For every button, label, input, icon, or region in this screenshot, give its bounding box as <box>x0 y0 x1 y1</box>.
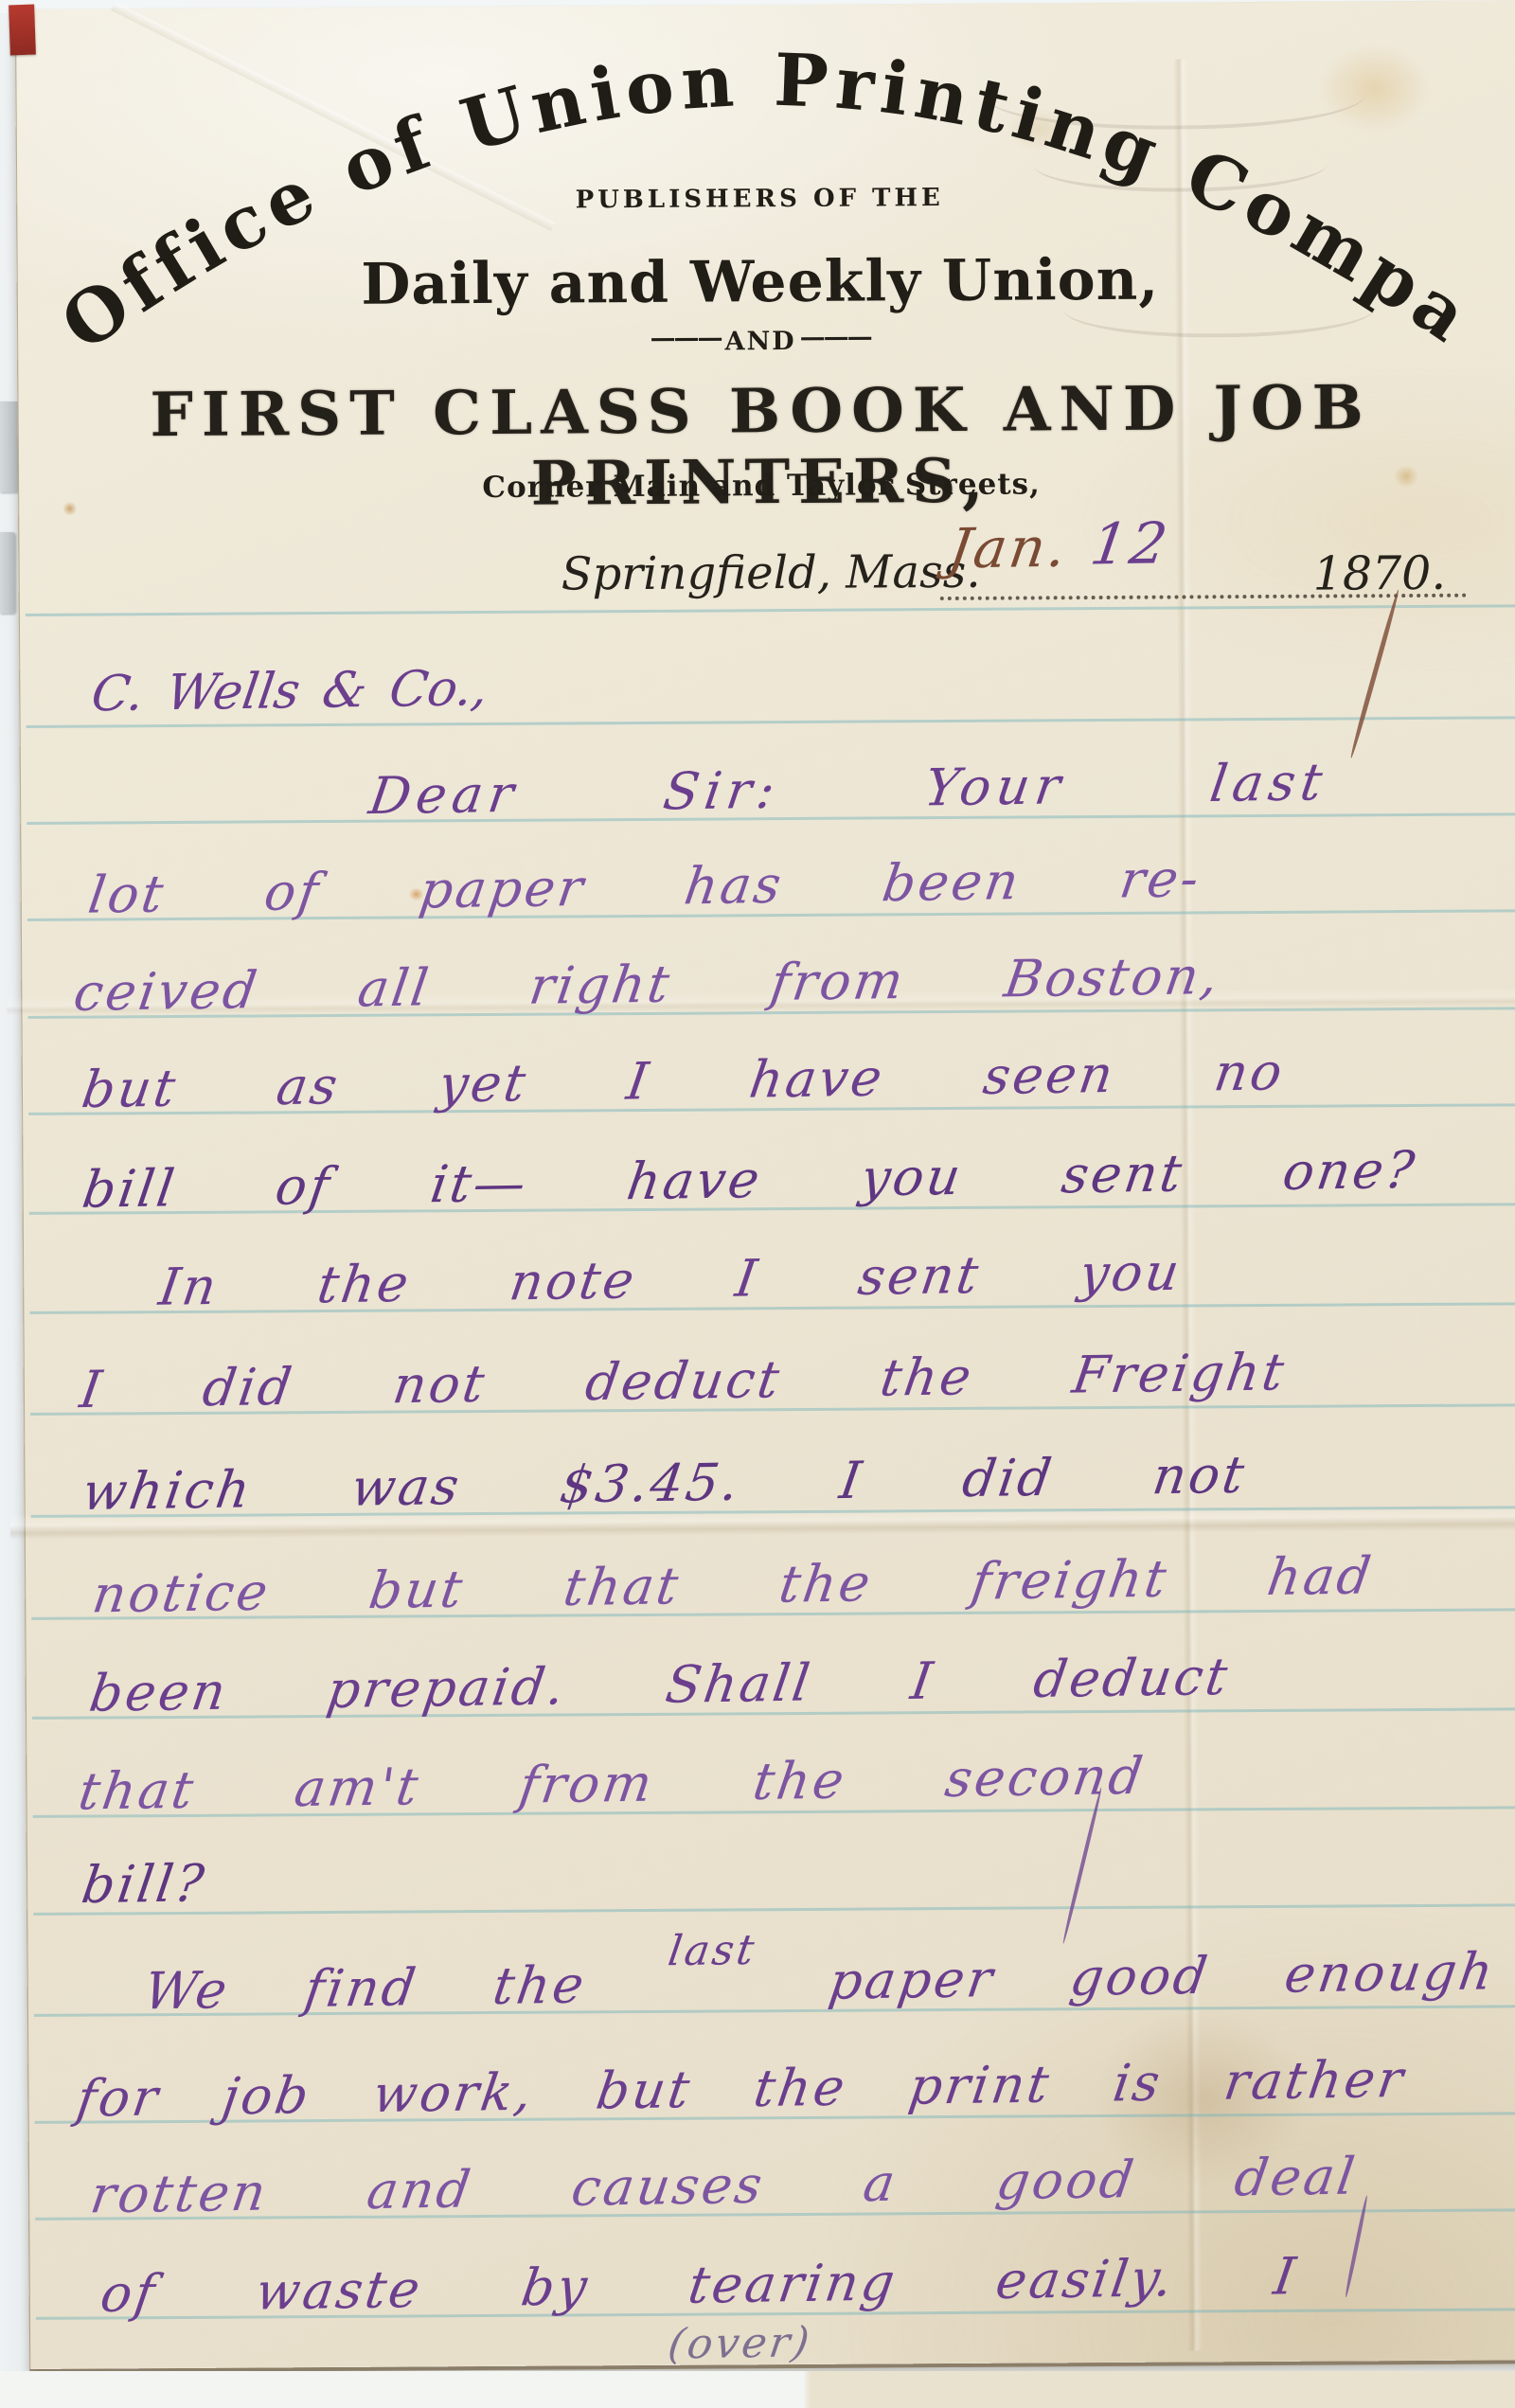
letter-line-segment: paper good enough <box>826 1941 1500 2010</box>
date-year: 1870. <box>1312 546 1446 601</box>
ruled-line <box>33 1903 1515 1916</box>
paper-sheet: Office of Union Printing Company, PUBLIS… <box>15 0 1515 2369</box>
surface-below-paper <box>0 2371 1515 2408</box>
letter-line: bill? <box>79 1858 209 1911</box>
scanned-letter-page: Office of Union Printing Company, PUBLIS… <box>0 0 1515 2408</box>
red-edge-mark <box>9 5 36 56</box>
letter-line: that am't from the second <box>76 1751 1149 1818</box>
ruled-line <box>26 604 1515 616</box>
letter-line: lot of paper has been re- <box>85 853 1204 920</box>
letter-line: been prepaid. Shall I deduct <box>86 1651 1233 1720</box>
publication-title: Daily and Weekly Union, <box>3 244 1515 320</box>
letter-line-segment: We find the <box>140 1954 590 2021</box>
date-day-handwritten: 12 <box>1087 515 1173 573</box>
ink-flourish <box>1348 589 1400 758</box>
letter-line: In the note I sent you <box>156 1247 1185 1313</box>
letter-line: Dear Sir: Your last <box>366 757 1331 822</box>
date-month-handwritten: Jan. <box>945 520 1072 577</box>
recipient-line: C. Wells & Co., <box>88 664 491 719</box>
inserted-word: last <box>666 1930 759 1972</box>
over-note: (over) <box>666 2322 814 2365</box>
place-line: Springfield, Mass. <box>561 545 980 601</box>
